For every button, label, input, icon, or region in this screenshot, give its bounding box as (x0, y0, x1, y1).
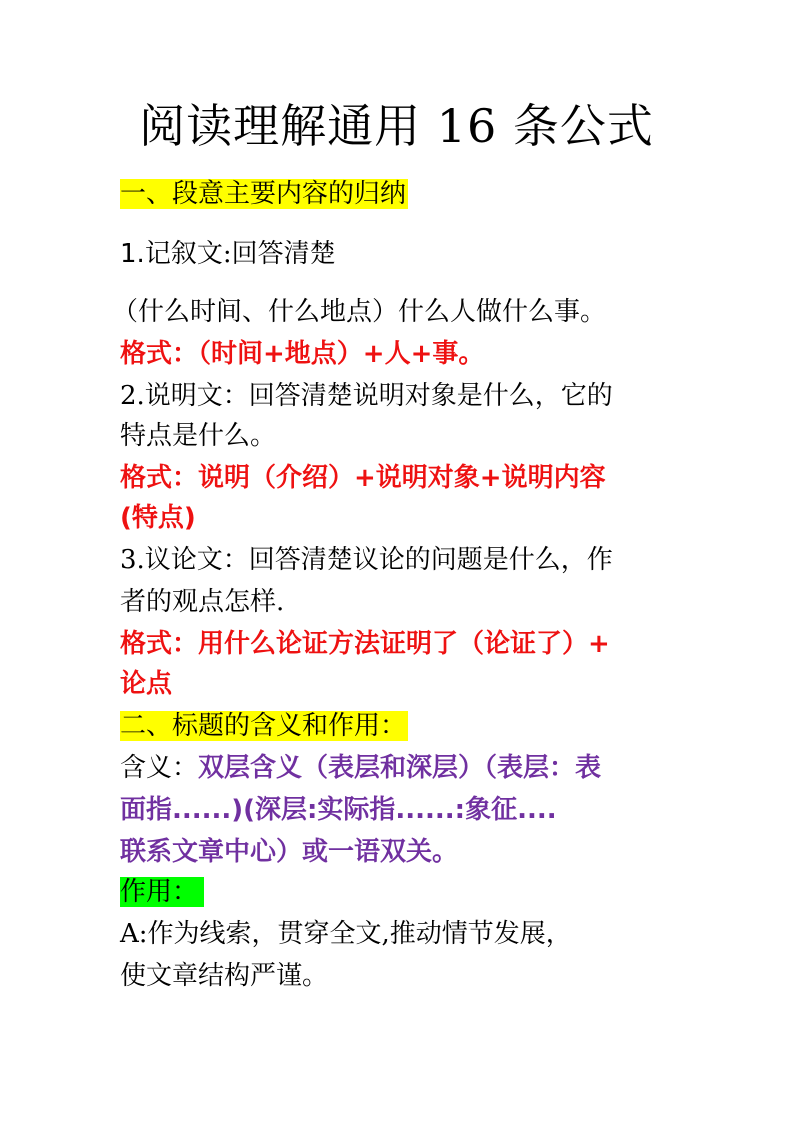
item2-line2: 特点是什么。 (120, 416, 276, 456)
section1-heading: 一、段意主要内容的归纳 (120, 179, 408, 209)
item1-line1: 1.记叙文:回答清楚 (120, 234, 336, 274)
item3-format-line1: 格式：用什么论证方法证明了（论证了）+ (120, 624, 610, 664)
item1-text: 记叙文:回答清楚 (145, 239, 336, 269)
item1-label: 1. (120, 239, 145, 269)
item2-format-line2: (特点) (120, 498, 196, 538)
item2-format-line1: 格式：说明（介绍）+说明对象+说明内容 (120, 458, 606, 498)
section2-heading-line: 二、标题的含义和作用： (120, 706, 408, 746)
function-label: 作用： (120, 877, 204, 907)
meaning-line3: 联系文章中心）或一语双关。 (120, 832, 458, 872)
item1-format: 格式：（时间+地点）+人+事。 (120, 334, 484, 374)
document-page: 阅读理解通用 16 条公式 一、段意主要内容的归纳 1.记叙文:回答清楚 （什么… (0, 0, 793, 1122)
meaning-line1: 含义：双层含义（表层和深层）（表层：表 (120, 748, 601, 788)
item3-format-line2: 论点 (120, 664, 172, 704)
page-title: 阅读理解通用 16 条公式 (0, 96, 793, 156)
function-line1: A:作为线索，贯穿全文,推动情节发展， (120, 914, 572, 954)
function-label-line: 作用： (120, 872, 204, 912)
meaning-line2: 面指......)(深层:实际指......:象征.... (120, 790, 557, 830)
item3-line1: 3.议论文：回答清楚议论的问题是什么，作 (120, 540, 613, 580)
meaning-label: 含义： (120, 753, 198, 783)
section1-heading-line: 一、段意主要内容的归纳 (120, 174, 408, 214)
meaning-text-1: 双层含义（表层和深层）（表层：表 (198, 753, 601, 783)
section2-heading: 二、标题的含义和作用： (120, 711, 408, 741)
item3-line2: 者的观点怎样. (120, 582, 284, 622)
item1-line2: （什么时间、什么地点）什么人做什么事。 (112, 292, 606, 332)
function-line2: 使文章结构严谨。 (120, 956, 328, 996)
item2-line1: 2.说明文：回答清楚说明对象是什么，它的 (120, 376, 613, 416)
